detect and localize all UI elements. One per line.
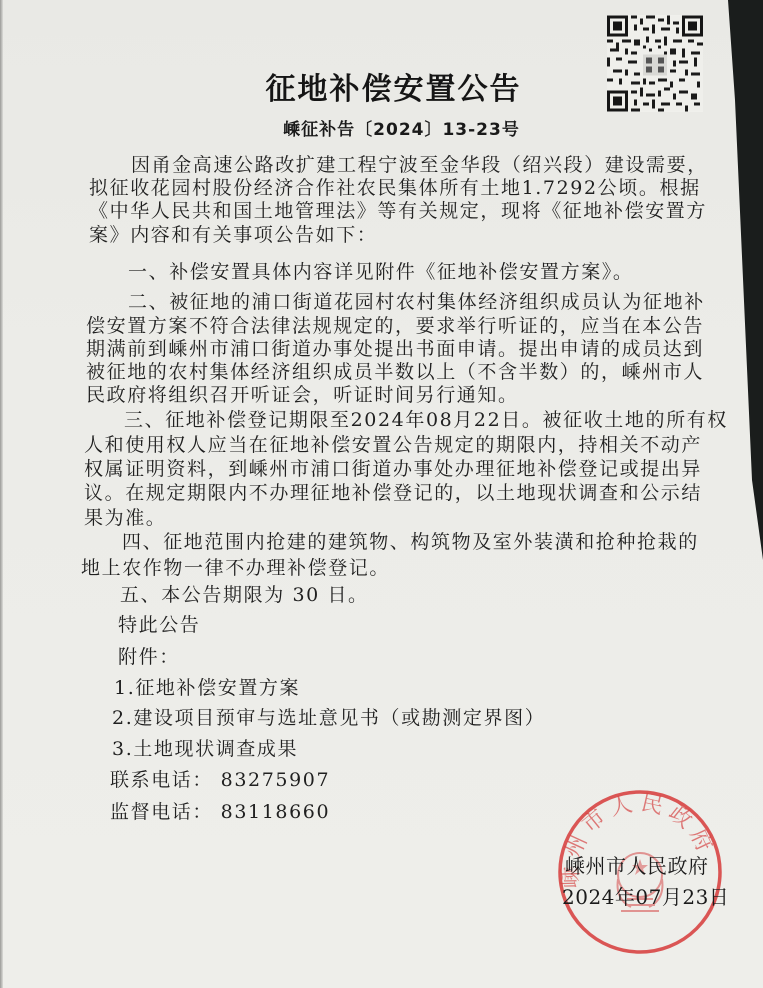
- section-5-line: 五、本公告期限为 30 日。: [120, 580, 369, 607]
- section-3-line-2: 人和使用权人应当在征地补偿安置公告规定的期限内，持相关不动产: [84, 430, 702, 457]
- attachment-item-2: 2.建设项目预审与选址意见书（或勘测定界图）: [112, 703, 545, 730]
- section-3-line-5: 果为准。: [84, 503, 166, 530]
- intro-line-4: 案》内容和有关事项公告如下：: [89, 220, 377, 247]
- supervision-phone: 监督电话： 83118660: [110, 797, 330, 824]
- signature-date: 2024年07月23日: [562, 881, 729, 910]
- signature-issuer: 嵊州市人民政府: [565, 850, 709, 879]
- section-3-line-1: 三、征地补偿登记期限至2024年08月22日。被征收土地的所有权: [124, 405, 728, 432]
- attachment-item-3: 3.土地现状调查成果: [112, 734, 298, 761]
- document-paper: 征地补偿安置公告 嵊征补告〔2024〕13-23号 因甬金高速公路改扩建工程宁波…: [0, 0, 763, 988]
- section-2-line-5: 民政府将组织召开听证会，听证时间另行通知。: [86, 380, 519, 407]
- contact-phone: 联系电话： 83275907: [110, 765, 330, 792]
- section-3-line-4: 议。在规定期限内不办理征地补偿登记的，以土地现状调查和公示结: [84, 478, 702, 505]
- document-number: 嵊征补告〔2024〕13-23号: [0, 115, 763, 140]
- section-4-line-1: 四、征地范围内抢建的建筑物、构筑物及室外装潢和抢种抢栽的: [122, 527, 699, 554]
- attachment-item-1: 1.征地补偿安置方案: [114, 673, 300, 700]
- closing-text: 特此公告: [118, 610, 200, 637]
- attachments-label: 附件：: [118, 642, 180, 669]
- section-1-line-1: 一、补偿安置具体内容详见附件《征地补偿安置方案》。: [128, 257, 634, 284]
- page-title: 征地补偿安置公告: [0, 64, 763, 108]
- section-3-line-3: 权属证明资料，到嵊州市浦口街道办事处办理征地补偿登记或提出异: [84, 454, 702, 481]
- section-4-line-2: 地上农作物一律不办理补偿登记。: [81, 553, 390, 580]
- section-2-line-1: 二、被征地的浦口街道花园村农村集体经济组织成员认为征地补: [128, 287, 705, 314]
- intro-line-3: 《中华人民共和国土地管理法》等有关规定，现将《征地补偿安置方: [89, 196, 707, 223]
- paper-left-edge: [0, 0, 3, 988]
